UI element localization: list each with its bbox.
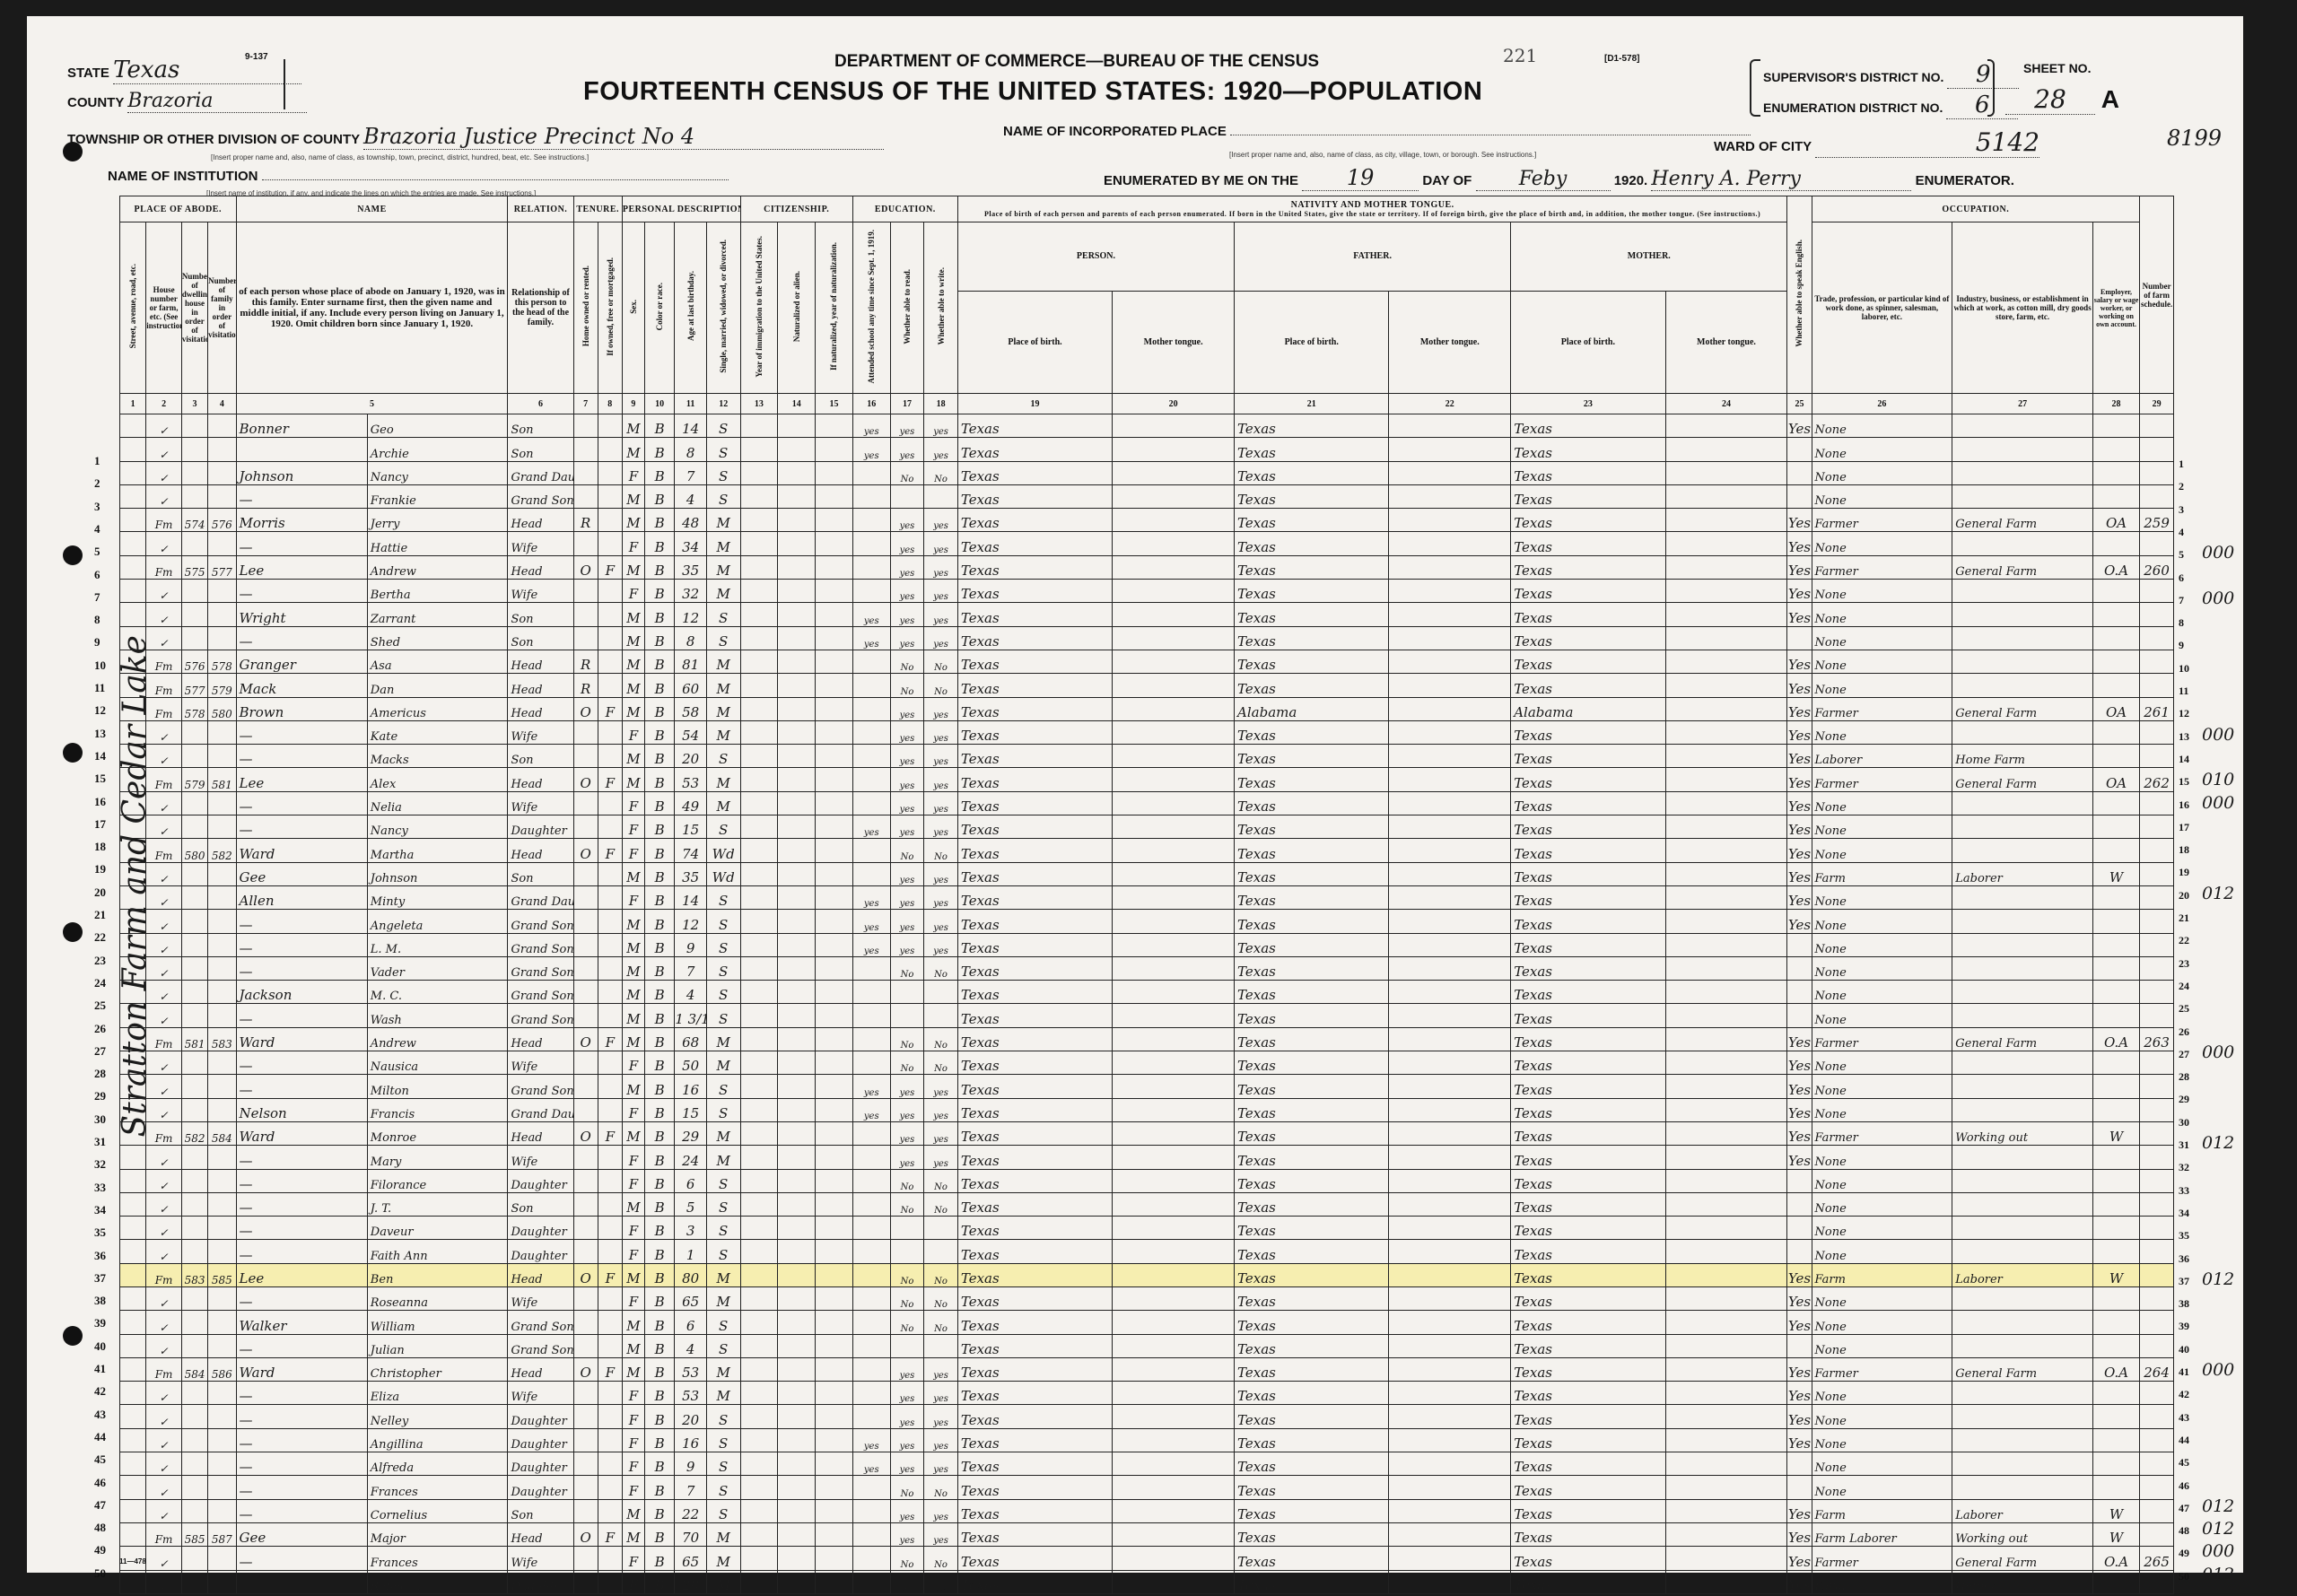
cell-mtongue [1665,1192,1787,1216]
cell-ptongue [1113,1334,1235,1357]
cell-ftongue [1389,933,1511,956]
cell-race: B [644,461,674,484]
cell-cls [2092,1311,2139,1334]
cell-mar: M [706,697,740,720]
cell-rel: Grand Son [508,956,573,980]
line-number-left: 15 [94,772,106,786]
cell-cls [2092,461,2139,484]
cell-sex: M [622,1075,644,1098]
cell-eng: Yes [1787,509,1812,532]
year-label: 1920. [1614,173,1648,188]
cell-age: 80 [675,1263,707,1286]
cell-mar: M [706,532,740,555]
cell-c15 [816,1499,853,1522]
cell-ptongue [1113,933,1235,956]
enumeration-label: ENUMERATION DISTRICT NO. [1763,100,1943,115]
subgroup-mother: MOTHER. [1511,222,1787,292]
cell-ptongue [1113,1452,1235,1476]
column-number: 5 [236,394,508,414]
cell-pob: Texas [957,532,1112,555]
cell-sch [852,1357,890,1381]
line-number-left: 26 [94,1022,106,1036]
cell-sch [852,1027,890,1051]
cell-given: Archie [367,438,508,461]
cell-race: B [644,1522,674,1546]
column-number: 19 [957,394,1112,414]
cell-surname: Ward [236,839,367,862]
cell-sex: F [622,1428,644,1452]
cell-surname: — [236,1169,367,1192]
cell-given: Martha [367,839,508,862]
cell-surname: Walker [236,1311,367,1334]
cell-own [573,603,598,626]
cell-write: yes [924,603,958,626]
cell-mar: M [706,509,740,532]
cell-ftongue [1389,674,1511,697]
line-number-right: 7 [2179,594,2184,607]
cell-surname: — [236,532,367,555]
cell-ptongue [1113,1121,1235,1145]
table-row: ✓—FrancesDaughterFB7SNoNoTexasTexasTexas… [120,1476,2174,1499]
cell-cls [2092,885,2139,909]
cell-c13 [740,674,778,697]
cell-trade: Farmer [1812,1357,1952,1381]
cell-own: R [573,509,598,532]
cell-mtongue [1665,862,1787,885]
cell-c3 [181,484,207,508]
cell-surname: Ward [236,1121,367,1145]
cell-c1 [120,697,146,720]
county-field: COUNTY Brazoria [67,90,307,113]
cell-c13 [740,697,778,720]
cell-eng [1787,626,1812,650]
cell-mort [598,933,622,956]
cell-race: B [644,720,674,744]
cell-c4: 587 [208,1522,236,1546]
cell-trade: None [1812,650,1952,673]
cell-mtongue [1665,839,1787,862]
cell-own [573,1146,598,1169]
cell-eng: Yes [1787,720,1812,744]
header-brace [280,59,285,109]
cell-read: No [890,1169,924,1192]
incorporated-hint: [Insert proper name and, also, name of c… [1229,151,1536,159]
cell-rel: Grand Son [508,484,573,508]
cell-c14 [778,981,816,1004]
cell-mtongue [1665,555,1787,579]
cell-mar: S [706,1075,740,1098]
cell-eng: Yes [1787,414,1812,438]
cell-ftongue [1389,1004,1511,1027]
cell-given: Ben [367,1263,508,1286]
cell-given: Alfreda [367,1452,508,1476]
cell-c2: ✓ [146,1570,182,1593]
table-row: Fm584586WardChristopherHeadOFMB53Myesyes… [120,1357,2174,1381]
cell-mort [598,815,622,839]
line-number-left: 6 [94,568,100,582]
cell-race: B [644,1051,674,1075]
cell-write: yes [924,509,958,532]
cell-farm [2140,1405,2174,1428]
cell-age: 65 [675,1286,707,1310]
column-number: 24 [1665,394,1787,414]
cell-race: B [644,1570,674,1593]
cell-c15 [816,933,853,956]
cell-trade: None [1812,1098,1952,1121]
line-number-right: 35 [2179,1229,2189,1243]
cell-age: 8 [675,626,707,650]
cell-sex: F [622,1570,644,1593]
cell-c13 [740,603,778,626]
line-number-left: 2 [94,476,100,491]
table-row: ✓—AngillinaDaughterFB16SyesyesyesTexasTe… [120,1428,2174,1452]
cell-c15 [816,1192,853,1216]
cell-ftongue [1389,532,1511,555]
cell-own [573,815,598,839]
cell-mpob: Texas [1511,1499,1665,1522]
cell-given: Shed [367,626,508,650]
col-header-21: Place of birth. [1235,291,1389,393]
cell-surname: Allen [236,885,367,909]
cell-write: yes [924,1522,958,1546]
cell-read: yes [890,1522,924,1546]
cell-cls: W [2092,1499,2139,1522]
cell-ftongue [1389,862,1511,885]
cell-sex: F [622,461,644,484]
cell-mtongue [1665,1522,1787,1546]
line-number-right: 5 [2179,548,2184,562]
cell-c4 [208,438,236,461]
cell-c3 [181,1192,207,1216]
cell-rel: Son [508,745,573,768]
cell-mpob: Texas [1511,1192,1665,1216]
cell-given: Julian [367,1334,508,1357]
table-row: ✓—Faith AnnDaughterFB1STexasTexasTexasNo… [120,1240,2174,1263]
cell-cls [2092,745,2139,768]
bottom-form-code: 11—478 [119,1557,146,1565]
cell-c2: ✓ [146,484,182,508]
cell-pob: Texas [957,933,1112,956]
cell-ind [1952,1334,2093,1357]
cell-race: B [644,1146,674,1169]
cell-write: yes [924,720,958,744]
cell-write [924,981,958,1004]
cell-cls: O.A [2092,555,2139,579]
cell-mpob: Texas [1511,815,1665,839]
cell-mar: S [706,981,740,1004]
cell-c14 [778,745,816,768]
cell-mpob: Texas [1511,1098,1665,1121]
cell-mort [598,720,622,744]
cell-write: yes [924,1098,958,1121]
cell-ptongue [1113,532,1235,555]
cell-ftongue [1389,1522,1511,1546]
cell-c13 [740,1004,778,1027]
cell-fpob: Texas [1235,1476,1389,1499]
cell-mpob: Texas [1511,1051,1665,1075]
cell-c13 [740,981,778,1004]
enumeration-date-field: ENUMERATED BY ME ON THE 19 DAY OF Feby 1… [1104,165,2014,191]
col-header-17: Whether able to read. [890,222,924,394]
cell-trade: None [1812,1452,1952,1476]
cell-fpob: Texas [1235,1098,1389,1121]
column-number: 29 [2140,394,2174,414]
cell-write: No [924,1286,958,1310]
col-header-15: If naturalized, year of naturalization. [816,222,853,394]
cell-read [890,1334,924,1357]
cell-cls [2092,1004,2139,1027]
table-row: Fm579581LeeAlexHeadOFMB53MyesyesTexasTex… [120,768,2174,791]
table-row: ✓—RoseannaWifeFB65MNoNoTexasTexasTexasYe… [120,1286,2174,1310]
enumeration-district-field: ENUMERATION DISTRICT NO. 6 [1763,92,2018,119]
cell-c4 [208,461,236,484]
col-header-7: Home owned or rented. [573,222,598,394]
cell-c1 [120,720,146,744]
cell-mpob: Texas [1511,674,1665,697]
cell-write [924,1334,958,1357]
table-row: ✓—DaveurDaughterFB3STexasTexasTexasNone [120,1217,2174,1240]
line-number-left: 40 [94,1339,106,1354]
cell-mpob: Texas [1511,910,1665,933]
cell-c13 [740,1476,778,1499]
cell-fpob: Texas [1235,768,1389,791]
cell-c1 [120,414,146,438]
cell-pob: Texas [957,720,1112,744]
supervisor-district-field: SUPERVISOR'S DISTRICT NO. 9 [1763,61,2019,89]
subgroup-person: PERSON. [957,222,1234,292]
cell-trade: Farmer [1812,697,1952,720]
cell-cls [2092,414,2139,438]
cell-race: B [644,815,674,839]
cell-ind [1952,1192,2093,1216]
cell-c1 [120,438,146,461]
cell-mar: M [706,791,740,815]
cell-ftongue [1389,981,1511,1004]
cell-eng [1787,1192,1812,1216]
cell-age: 24 [675,1146,707,1169]
cell-write: No [924,839,958,862]
cell-c15 [816,1051,853,1075]
cell-rel: Head [508,650,573,673]
cell-c4 [208,1169,236,1192]
cell-ftongue [1389,768,1511,791]
cell-mtongue [1665,1263,1787,1286]
cell-farm [2140,626,2174,650]
cell-read: yes [890,1499,924,1522]
line-number-right: 18 [2179,843,2189,857]
line-number-left: 11 [94,681,105,695]
cell-c4 [208,1004,236,1027]
line-number-left: 1 [94,454,100,468]
cell-c2: Fm [146,1263,182,1286]
cell-own [573,1547,598,1570]
cell-c2: ✓ [146,461,182,484]
cell-rel: Wife [508,1547,573,1570]
cell-ptongue [1113,956,1235,980]
cell-own [573,981,598,1004]
cell-c1 [120,1169,146,1192]
line-number-right: 28 [2179,1070,2189,1084]
cell-write: yes [924,532,958,555]
cell-ftongue [1389,885,1511,909]
cell-write: No [924,1192,958,1216]
cell-c15 [816,1004,853,1027]
cell-eng: Yes [1787,1286,1812,1310]
cell-sex: F [622,1476,644,1499]
line-number-left: 41 [94,1362,106,1376]
cell-ptongue [1113,1004,1235,1027]
line-number-right: 34 [2179,1207,2189,1220]
cell-c3 [181,461,207,484]
cell-sch [852,1570,890,1593]
cell-ftongue [1389,815,1511,839]
line-number-right: 29 [2179,1093,2189,1106]
nativity-note: Place of birth of each person and parent… [958,210,1787,218]
cell-sex: F [622,1240,644,1263]
cell-age: 74 [675,839,707,862]
cell-trade: Farm [1812,1499,1952,1522]
form-number: 9-137 [245,52,268,62]
cell-surname: — [236,1240,367,1263]
cell-given: Angeleta [367,910,508,933]
line-number-left: 29 [94,1089,106,1103]
cell-fpob: Texas [1235,956,1389,980]
cell-own [573,1382,598,1405]
cell-c4: 577 [208,555,236,579]
cell-surname: Bonner [236,414,367,438]
line-number-left: 44 [94,1430,106,1444]
table-row: Fm583585LeeBenHeadOFMB80MNoNoTexasTexasT… [120,1263,2174,1286]
cell-c13 [740,1522,778,1546]
cell-c3 [181,414,207,438]
cell-own: R [573,650,598,673]
cell-mtongue [1665,1169,1787,1192]
cell-fpob: Texas [1235,461,1389,484]
cell-rel: Wife [508,720,573,744]
cell-c15 [816,697,853,720]
cell-c14 [778,815,816,839]
cell-rel: Son [508,626,573,650]
cell-ftongue [1389,1428,1511,1452]
cell-own [573,414,598,438]
cell-c1 [120,981,146,1004]
cell-c14 [778,1499,816,1522]
cell-sex: M [622,697,644,720]
cell-c13 [740,1098,778,1121]
cell-c15 [816,438,853,461]
cell-sex: M [622,603,644,626]
cell-trade: Farmer [1812,509,1952,532]
cell-sch [852,1334,890,1357]
col-header-19: Place of birth. [957,291,1112,393]
enumerator-name: Henry A. Perry [1651,168,1911,191]
cell-c14 [778,1357,816,1381]
line-number-left: 42 [94,1384,106,1399]
cell-rel: Wife [508,1146,573,1169]
cell-eng [1787,1452,1812,1476]
cell-farm [2140,1169,2174,1192]
cell-ind: Laborer [1952,1263,2093,1286]
cell-c14 [778,933,816,956]
cell-own: O [573,1027,598,1051]
cell-c4: 582 [208,839,236,862]
cell-ind [1952,910,2093,933]
cell-surname: Wright [236,603,367,626]
cell-c2: Fm [146,839,182,862]
cell-mar: S [706,1217,740,1240]
cell-own [573,1311,598,1334]
cell-write: yes [924,414,958,438]
cell-mtongue [1665,1051,1787,1075]
cell-write: yes [924,815,958,839]
cell-own [573,1192,598,1216]
cell-given: Minty [367,885,508,909]
cell-trade: None [1812,674,1952,697]
cell-farm [2140,1382,2174,1405]
cell-farm [2140,720,2174,744]
cell-age: 7 [675,461,707,484]
cell-c2: ✓ [146,1452,182,1476]
cell-race: B [644,1428,674,1452]
cell-ind: Working out [1952,1121,2093,1145]
table-row: ✓—JulianGrand SonMB4STexasTexasTexasNone [120,1334,2174,1357]
cell-c2: ✓ [146,1075,182,1098]
cell-ind [1952,1075,2093,1098]
cell-c1 [120,1405,146,1428]
cell-cls [2092,791,2139,815]
cell-sex: M [622,674,644,697]
cell-mort [598,674,622,697]
cell-c14 [778,697,816,720]
cell-mort [598,910,622,933]
cell-c15 [816,1240,853,1263]
cell-cls: O.A [2092,1547,2139,1570]
column-number: 11 [675,394,707,414]
cell-eng: Yes [1787,697,1812,720]
cell-mort [598,1547,622,1570]
line-number-right: 26 [2179,1025,2189,1039]
line-number-right: 40 [2179,1343,2189,1356]
cell-race: B [644,1382,674,1405]
cell-ptongue [1113,1286,1235,1310]
cell-read: yes [890,1121,924,1145]
sheet-number-field: 28 A [2005,84,2119,115]
cell-fpob: Texas [1235,862,1389,885]
cell-mtongue [1665,1547,1787,1570]
cell-c1 [120,1428,146,1452]
cell-cls [2092,650,2139,673]
cell-fpob: Texas [1235,1286,1389,1310]
cell-race: B [644,885,674,909]
cell-given: M. C. [367,981,508,1004]
column-number: 20 [1113,394,1235,414]
cell-c13 [740,1075,778,1098]
cell-eng: Yes [1787,1311,1812,1334]
cell-pob: Texas [957,1405,1112,1428]
cell-c14 [778,1192,816,1216]
cell-c14 [778,1452,816,1476]
cell-trade: None [1812,885,1952,909]
cell-cls [2092,1428,2139,1452]
cell-c3: 574 [181,509,207,532]
cell-trade: None [1812,461,1952,484]
cell-own [573,1169,598,1192]
column-number: 7 [573,394,598,414]
cell-c2: ✓ [146,1192,182,1216]
cell-ptongue [1113,1357,1235,1381]
cell-cls: OA [2092,509,2139,532]
cell-mort [598,1217,622,1240]
